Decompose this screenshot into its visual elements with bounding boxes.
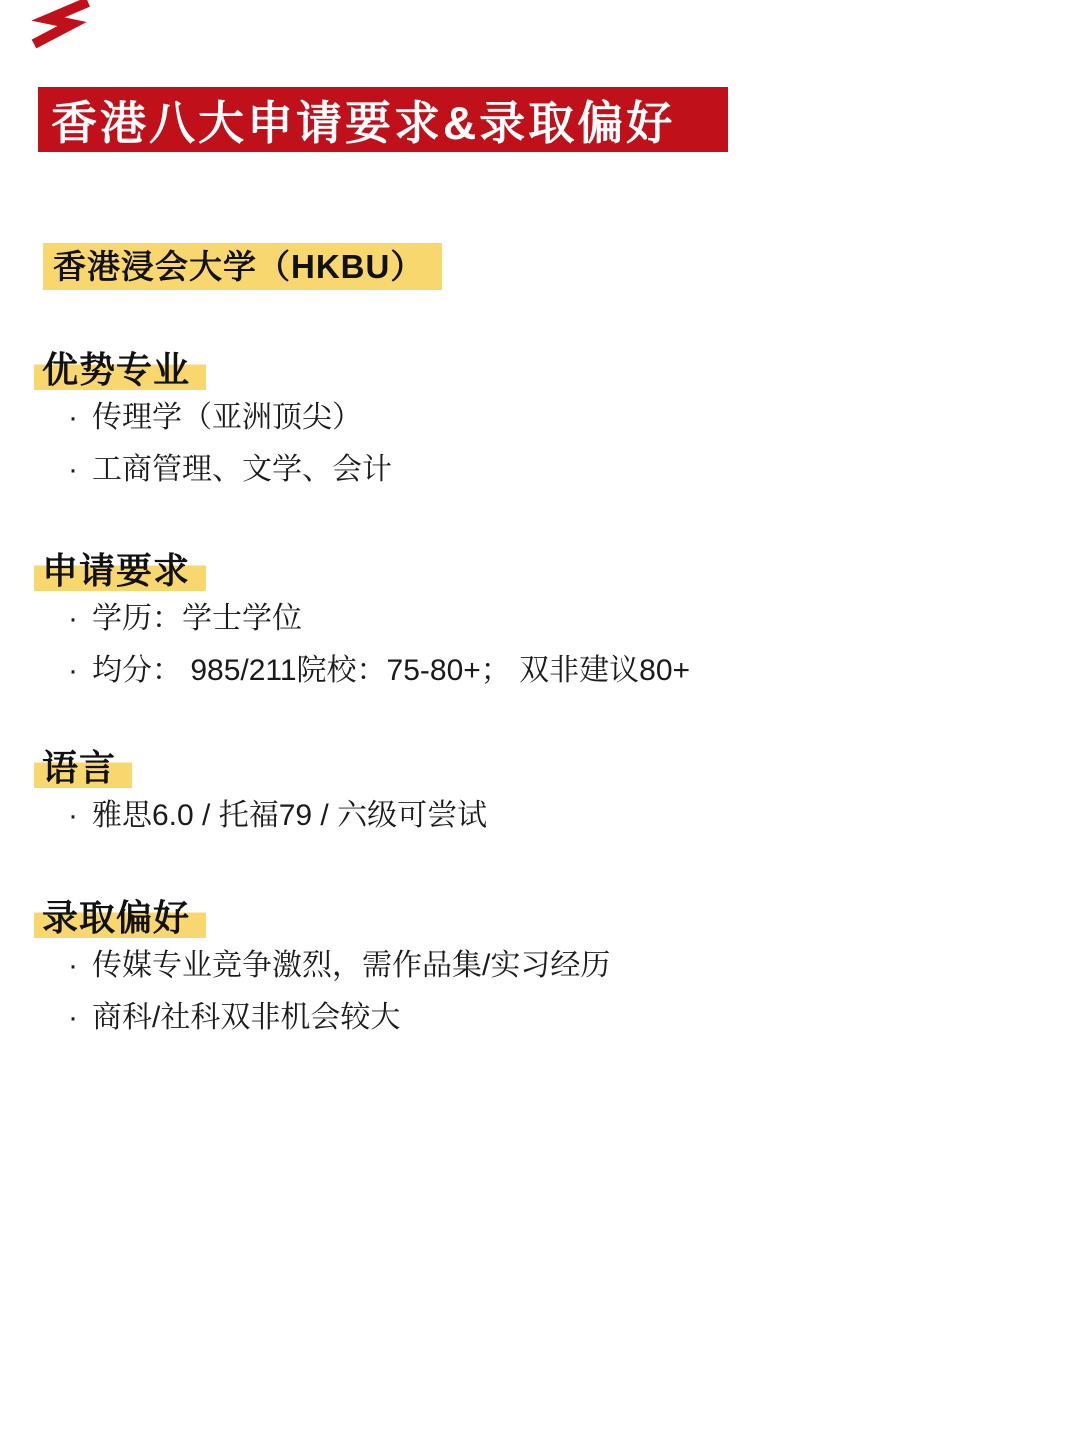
list-item: · 商科/社科双非机会较大 <box>42 1000 610 1035</box>
bullet-text: 均分： 985/211院校：75-80+； 双非建议80+ <box>92 653 690 688</box>
university-name: 香港浸会大学（HKBU） <box>53 248 424 285</box>
bullet-text: 雅思6.0 / 托福79 / 六级可尝试 <box>92 798 487 833</box>
bullet-text: 工商管理、文学、会计 <box>92 452 392 487</box>
section-application-requirements: 申请要求 · 学历：学士学位 · 均分： 985/211院校：75-80+； 双… <box>42 548 690 688</box>
list-item: · 工商管理、文学、会计 <box>42 452 392 487</box>
bullet-list: · 雅思6.0 / 托福79 / 六级可尝试 <box>42 798 487 833</box>
bullet-text: 传媒专业竞争激烈，需作品集/实习经历 <box>92 948 610 983</box>
bullet-list: · 传媒专业竞争激烈，需作品集/实习经历 · 商科/社科双非机会较大 <box>42 948 610 1035</box>
bullet-dot: · <box>68 601 92 636</box>
bullet-dot: · <box>68 948 92 983</box>
bullet-dot: · <box>68 653 92 688</box>
title-banner: 香港八大申请要求&录取偏好 <box>38 87 728 152</box>
section-heading: 语言 <box>34 745 132 791</box>
list-item: · 学历：学士学位 <box>42 601 690 636</box>
bullet-text: 商科/社科双非机会较大 <box>92 1000 400 1035</box>
bullet-text: 传理学（亚洲顶尖） <box>92 400 362 435</box>
section-heading: 申请要求 <box>34 548 206 594</box>
red-zigzag-decoration-icon <box>26 0 92 50</box>
section-admission-preference: 录取偏好 · 传媒专业竞争激烈，需作品集/实习经历 · 商科/社科双非机会较大 <box>42 895 610 1035</box>
list-item: · 雅思6.0 / 托福79 / 六级可尝试 <box>42 798 487 833</box>
list-item: · 传理学（亚洲顶尖） <box>42 400 392 435</box>
bullet-list: · 传理学（亚洲顶尖） · 工商管理、文学、会计 <box>42 400 392 487</box>
section-heading: 优势专业 <box>34 347 206 393</box>
poster-page: 香港八大申请要求&录取偏好 香港浸会大学（HKBU） 优势专业 · 传理学（亚洲… <box>0 0 1080 1443</box>
list-item: · 传媒专业竞争激烈，需作品集/实习经历 <box>42 948 610 983</box>
bullet-dot: · <box>68 798 92 833</box>
bullet-list: · 学历：学士学位 · 均分： 985/211院校：75-80+； 双非建议80… <box>42 601 690 688</box>
section-language: 语言 · 雅思6.0 / 托福79 / 六级可尝试 <box>42 745 487 833</box>
page-title: 香港八大申请要求&录取偏好 <box>51 87 675 153</box>
bullet-text: 学历：学士学位 <box>92 601 302 636</box>
section-advantage-majors: 优势专业 · 传理学（亚洲顶尖） · 工商管理、文学、会计 <box>42 347 392 487</box>
bullet-dot: · <box>68 1000 92 1035</box>
section-heading: 录取偏好 <box>34 895 206 941</box>
university-name-highlight: 香港浸会大学（HKBU） <box>43 243 442 290</box>
bullet-dot: · <box>68 400 92 435</box>
list-item: · 均分： 985/211院校：75-80+； 双非建议80+ <box>42 653 690 688</box>
bullet-dot: · <box>68 452 92 487</box>
